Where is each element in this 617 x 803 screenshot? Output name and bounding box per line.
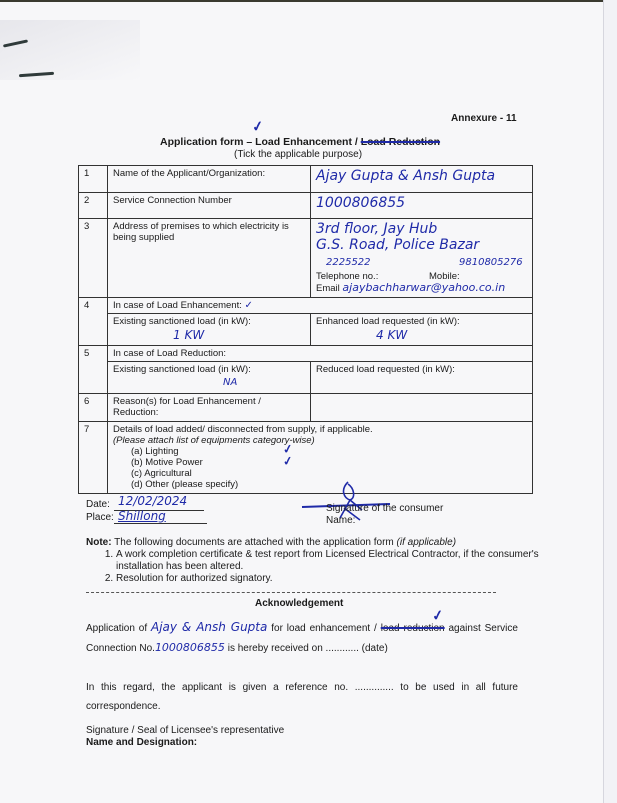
email-label: Email [316,283,340,294]
date-label: Date: [86,499,110,510]
ack-text: Application of [86,623,151,634]
table-row: Existing sanctioned load (in kW):1 KW En… [79,314,533,346]
table-row: 1 Name of the Applicant/Organization: Aj… [79,166,533,193]
documents-note: Note: The following documents are attach… [86,537,546,585]
annexure-label: Annexure - 11 [451,113,517,124]
existing-load-field[interactable]: Existing sanctioned load (in kW):1 KW [108,314,311,346]
field-label: Address of premises to which electricity… [108,219,311,298]
note-text: The following documents are attached wit… [112,537,397,548]
dashed-divider [86,592,496,593]
row-number: 6 [79,394,108,422]
field-label: Name of the Applicant/Organization: [108,166,311,193]
reason-field[interactable] [311,394,533,422]
place-underline [114,523,207,524]
field-label: Details of load added/ disconnected from… [113,424,527,435]
date-value: 12/02/2024 [118,494,187,508]
row-number: 3 [79,219,108,298]
applicant-name-field[interactable]: Ajay Gupta & Ansh Gupta [311,166,533,193]
table-row: Existing sanctioned load (in kW):NA Redu… [79,362,533,394]
field-label: In case of Load Reduction: [108,346,533,362]
applicant-name-value: Ajay Gupta & Ansh Gupta [316,168,495,184]
telephone-label: Telephone no.: [316,271,378,282]
reduced-load-field[interactable]: Reduced load requested (in kW): [311,362,533,394]
place-label: Place: [86,512,114,523]
signature-label: Signature of the consumer [326,503,443,514]
telephone-value: 2225522 [326,257,371,268]
scan-top-edge [0,0,617,2]
field-label: Reduced load requested (in kW): [316,364,527,375]
mobile-value: 9810805276 [459,257,523,268]
service-connection-field[interactable]: 1000806855 [311,193,533,219]
ack-connection-number: 1000806855 [155,641,225,654]
address-line-1: 3rd floor, Jay Hub [316,221,527,237]
existing-load-reduction-field[interactable]: Existing sanctioned load (in kW):NA [108,362,311,394]
category-motive-power: (b) Motive Power [131,457,527,468]
check-mark-icon: ✓ [431,606,446,625]
ack-text: for load enhancement / [267,623,380,634]
existing-load-reduction-value: NA [113,375,305,391]
check-mark-icon: ✓ [251,117,266,136]
field-label: In case of Load Enhancement: ✓ [108,298,533,314]
row-number: 5 [79,346,108,394]
address-line-2: G.S. Road, Police Bazar [316,237,527,253]
mobile-label: Mobile: [429,271,460,282]
row-number: 1 [79,166,108,193]
category-lighting: (a) Lighting [131,446,527,457]
field-label: Service Connection Number [108,193,311,219]
note-italic: (if applicable) [397,537,456,548]
acknowledgement-paragraph: Application of Ajay & Ansh Gupta for loa… [86,618,518,658]
row-number: 2 [79,193,108,219]
field-label: Existing sanctioned load (in kW): [113,316,305,327]
enhanced-load-field[interactable]: Enhanced load requested (in kW):4 KW [311,314,533,346]
check-mark-icon: ✓ [245,300,253,311]
field-label: Enhanced load requested (in kW): [316,316,527,327]
table-row: 3 Address of premises to which electrici… [79,219,533,298]
note-lead: Note: [86,537,112,548]
title-struck-option: Load Reduction [361,136,440,148]
category-agricultural: (c) Agricultural [131,468,527,479]
application-form-table: 1 Name of the Applicant/Organization: Aj… [78,165,533,494]
name-label: Name: [326,515,355,526]
note-item: Resolution for authorized signatory. [116,573,546,585]
check-mark-icon: ✓ [282,455,294,468]
ack-applicant-name: Ajay & Ansh Gupta [151,620,267,634]
reference-paragraph: In this regard, the applicant is given a… [86,678,518,716]
name-designation-label: Name and Designation: [86,737,197,748]
existing-load-value: 1 KW [113,327,305,343]
table-row: 5 In case of Load Reduction: [79,346,533,362]
place-value: Shillong [118,509,166,523]
load-enhancement-label: In case of Load Enhancement: [113,300,242,311]
address-field[interactable]: 3rd floor, Jay Hub G.S. Road, Police Baz… [311,219,533,298]
row-number: 7 [79,422,108,494]
table-row: 2 Service Connection Number 1000806855 [79,193,533,219]
row-number: 4 [79,298,108,346]
form-title: Application form – Load Enhancement / Lo… [160,136,440,148]
note-item: A work completion certificate & test rep… [116,549,546,573]
page-edge [603,0,617,803]
field-label: Existing sanctioned load (in kW): [113,364,305,375]
form-subtitle: (Tick the applicable purpose) [234,149,362,160]
ack-struck-option: load reduction [381,623,445,634]
email-value: ajaybachharwar@yahoo.co.in [342,281,505,294]
field-note: (Please attach list of equipments catego… [113,435,527,446]
service-connection-value: 1000806855 [316,195,405,211]
table-row: 4 In case of Load Enhancement: ✓ [79,298,533,314]
acknowledgement-title: Acknowledgement [255,598,343,609]
title-prefix: Application form – Load Enhancement / [160,136,361,148]
enhanced-load-value: 4 KW [316,327,527,343]
table-row: 6 Reason(s) for Load Enhancement / Reduc… [79,394,533,422]
field-label: Reason(s) for Load Enhancement / Reducti… [108,394,311,422]
scan-shadow [0,20,140,80]
ack-text: is hereby received on ............ (date… [225,643,388,654]
licensee-signature-label: Signature / Seal of Licensee's represent… [86,725,284,736]
